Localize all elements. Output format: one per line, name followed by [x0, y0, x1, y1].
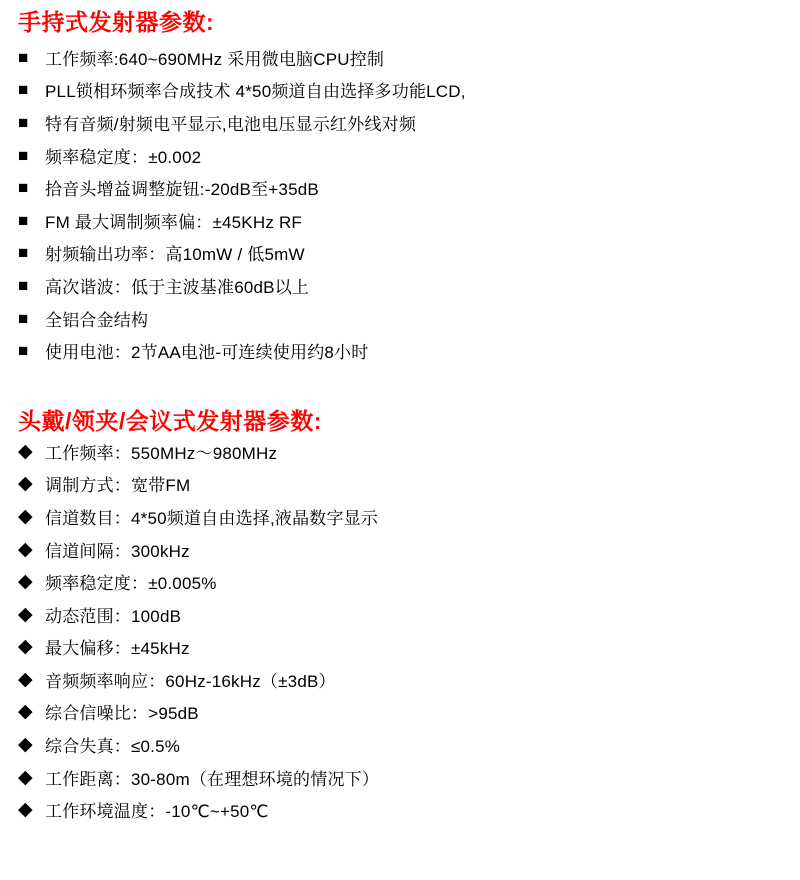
section-title-handheld: 手持式发射器参数: [18, 10, 790, 34]
spec-item-text: 全铝合金结构 [45, 306, 148, 331]
diamond-bullet-icon: ◆ [18, 442, 45, 461]
spec-item-text: 特有音频/射频电平显示,电池电压显示红外线对频 [45, 110, 416, 135]
spec-item-text: 信道间隔：300kHz [45, 537, 190, 562]
spec-item-text: 综合失真：≤0.5% [45, 732, 180, 757]
square-bullet-icon: ■ [18, 244, 45, 261]
spec-item: ■拾音头增益调整旋钮:-20dB至+35dB [18, 171, 790, 204]
spec-item-text: 射频输出功率：高10mW / 低5mW [45, 240, 305, 265]
square-bullet-icon: ■ [18, 147, 45, 164]
spec-item: ◆调制方式：宽带FM [18, 468, 790, 501]
spec-item: ■FM 最大调制频率偏：±45KHz RF [18, 204, 790, 237]
diamond-bullet-icon: ◆ [18, 670, 45, 689]
spec-item: ■使用电池：2节AA电池-可连续使用约8小时 [18, 334, 790, 367]
handheld-spec-list: ■工作频率:640~690MHz 采用微电脑CPU控制■PLL锁相环频率合成技术… [18, 41, 790, 367]
square-bullet-icon: ■ [18, 49, 45, 66]
spec-item: ◆综合信噪比：>95dB [18, 696, 790, 729]
square-bullet-icon: ■ [18, 212, 45, 229]
diamond-bullet-icon: ◆ [18, 768, 45, 787]
spec-item: ■PLL锁相环频率合成技术 4*50频道自由选择多功能LCD, [18, 74, 790, 107]
spec-item: ◆工作环境温度：-10℃~+50℃ [18, 793, 790, 826]
diamond-bullet-icon: ◆ [18, 474, 45, 493]
diamond-bullet-icon: ◆ [18, 540, 45, 559]
headset-spec-list: ◆工作频率：550MHz～980MHz◆调制方式：宽带FM◆信道数目：4*50频… [18, 435, 790, 826]
section-handheld-transmitter: 手持式发射器参数: ■工作频率:640~690MHz 采用微电脑CPU控制■PL… [18, 10, 790, 367]
spec-item: ■高次谐波：低于主波基准60dB以上 [18, 269, 790, 302]
spec-item-text: 拾音头增益调整旋钮:-20dB至+35dB [45, 175, 319, 200]
diamond-bullet-icon: ◆ [18, 800, 45, 819]
spec-item: ◆工作距离：30-80m（在理想环境的情况下） [18, 761, 790, 794]
spec-item: ◆最大偏移：±45kHz [18, 631, 790, 664]
diamond-bullet-icon: ◆ [18, 507, 45, 526]
spec-item: ◆信道数目：4*50频道自由选择,液晶数字显示 [18, 500, 790, 533]
square-bullet-icon: ■ [18, 114, 45, 131]
diamond-bullet-icon: ◆ [18, 735, 45, 754]
spec-item-text: 频率稳定度：±0.002 [45, 143, 201, 168]
spec-item-text: 工作频率:640~690MHz 采用微电脑CPU控制 [45, 45, 384, 70]
spec-item: ◆动态范围：100dB [18, 598, 790, 631]
spec-item-text: 动态范围：100dB [45, 602, 181, 627]
spec-item: ◆音频频率响应：60Hz-16kHz（±3dB） [18, 663, 790, 696]
spec-item-text: FM 最大调制频率偏：±45KHz RF [45, 208, 302, 233]
square-bullet-icon: ■ [18, 277, 45, 294]
diamond-bullet-icon: ◆ [18, 572, 45, 591]
spec-item-text: 工作频率：550MHz～980MHz [45, 439, 277, 464]
square-bullet-icon: ■ [18, 179, 45, 196]
spec-item-text: 频率稳定度：±0.005% [45, 569, 217, 594]
spec-item: ◆综合失真：≤0.5% [18, 728, 790, 761]
spec-item: ■频率稳定度：±0.002 [18, 139, 790, 172]
square-bullet-icon: ■ [18, 342, 45, 359]
diamond-bullet-icon: ◆ [18, 637, 45, 656]
spec-item-text: 工作环境温度：-10℃~+50℃ [45, 797, 269, 822]
diamond-bullet-icon: ◆ [18, 605, 45, 624]
spec-document: 手持式发射器参数: ■工作频率:640~690MHz 采用微电脑CPU控制■PL… [0, 0, 800, 826]
square-bullet-icon: ■ [18, 81, 45, 98]
spec-item-text: 信道数目：4*50频道自由选择,液晶数字显示 [45, 504, 378, 529]
spec-item-text: 工作距离：30-80m（在理想环境的情况下） [45, 765, 379, 790]
square-bullet-icon: ■ [18, 310, 45, 327]
spec-item: ◆频率稳定度：±0.005% [18, 565, 790, 598]
spec-item-text: 调制方式：宽带FM [45, 471, 190, 496]
diamond-bullet-icon: ◆ [18, 702, 45, 721]
section-title-headset-lavalier-conference: 头戴/领夹/会议式发射器参数: [18, 409, 790, 433]
spec-item-text: 音频频率响应：60Hz-16kHz（±3dB） [45, 667, 336, 692]
spec-item: ■特有音频/射频电平显示,电池电压显示红外线对频 [18, 106, 790, 139]
spec-item-text: 使用电池：2节AA电池-可连续使用约8小时 [45, 338, 368, 363]
spec-item: ◆信道间隔：300kHz [18, 533, 790, 566]
spec-item: ■射频输出功率：高10mW / 低5mW [18, 237, 790, 270]
spec-item: ◆工作频率：550MHz～980MHz [18, 435, 790, 468]
spec-item-text: 高次谐波：低于主波基准60dB以上 [45, 273, 309, 298]
spec-item-text: PLL锁相环频率合成技术 4*50频道自由选择多功能LCD, [45, 77, 466, 102]
spec-item-text: 最大偏移：±45kHz [45, 634, 190, 659]
section-headset-lavalier-conference-transmitter: 头戴/领夹/会议式发射器参数: ◆工作频率：550MHz～980MHz◆调制方式… [18, 409, 790, 826]
spec-item: ■工作频率:640~690MHz 采用微电脑CPU控制 [18, 41, 790, 74]
spec-item-text: 综合信噪比：>95dB [45, 699, 199, 724]
spec-item: ■全铝合金结构 [18, 302, 790, 335]
